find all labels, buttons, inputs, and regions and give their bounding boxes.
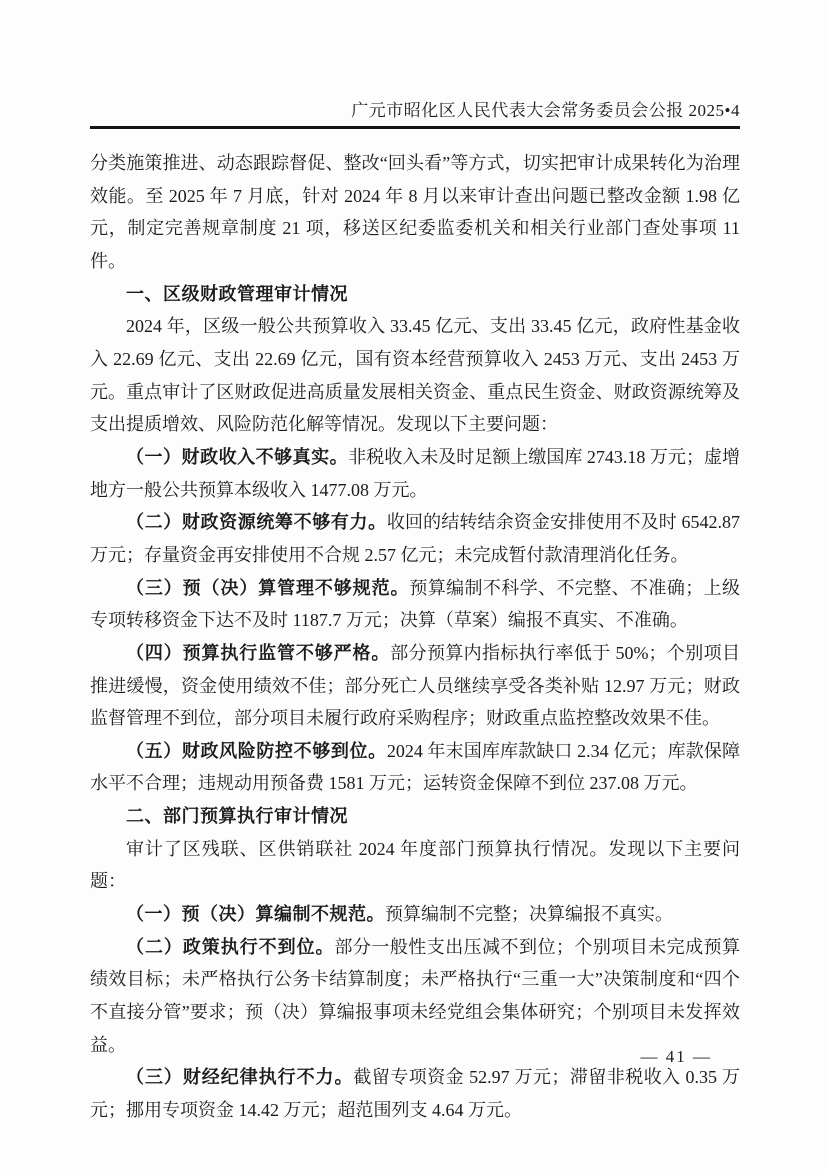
- list-item-1-4: （四）预算执行监管不够严格。部分预算内指标执行率低于 50%；个别项目推进缓慢，…: [90, 637, 740, 735]
- item-lead: （三）财经纪律执行不力。: [126, 1067, 353, 1087]
- item-lead: （四）预算执行监管不够严格。: [126, 643, 390, 663]
- paragraph: 2024 年，区级一般公共预算收入 33.45 亿元、支出 33.45 亿元，政…: [90, 310, 740, 441]
- list-item-2-1: （一）预（决）算编制不规范。预算编制不完整；决算编报不真实。: [90, 898, 740, 931]
- item-lead: （二）财政资源统筹不够有力。: [126, 512, 387, 532]
- list-item-1-3: （三）预（决）算管理不够规范。预算编制不科学、不完整、不准确；上级专项转移资金下…: [90, 572, 740, 637]
- section-heading-2: 二、部门预算执行审计情况: [90, 800, 740, 833]
- list-item-2-2: （二）政策执行不到位。部分一般性支出压减不到位；个别项目未完成预算绩效目标；未严…: [90, 931, 740, 1062]
- page-number: — 41 —: [641, 1046, 713, 1068]
- list-item-1-2: （二）财政资源统筹不够有力。收回的结转结余资金安排使用不及时 6542.87 万…: [90, 506, 740, 571]
- header-rule: [90, 126, 740, 129]
- list-item-1-5: （五）财政风险防控不够到位。2024 年末国库库款缺口 2.34 亿元；库款保障…: [90, 735, 740, 800]
- paragraph-continuation: 分类施策推进、动态跟踪督促、整改“回头看”等方式，切实把审计成果转化为治理效能。…: [90, 147, 740, 278]
- page-footer: — 41 —: [90, 1046, 740, 1068]
- item-text: 预算编制不完整；决算编报不真实。: [385, 904, 673, 924]
- item-lead: （二）政策执行不到位。: [126, 937, 334, 957]
- document-body: 分类施策推进、动态跟踪督促、整改“回头看”等方式，切实把审计成果转化为治理效能。…: [90, 147, 740, 1127]
- item-lead: （五）财政风险防控不够到位。: [126, 741, 387, 761]
- item-lead: （一）预（决）算编制不规范。: [126, 904, 385, 924]
- list-item-1-1: （一）财政收入不够真实。非税收入未及时足额上缴国库 2743.18 万元；虚增地…: [90, 441, 740, 506]
- section-heading-1: 一、区级财政管理审计情况: [90, 278, 740, 311]
- item-lead: （一）财政收入不够真实。: [126, 447, 348, 467]
- document-page: 广元市昭化区人民代表大会常务委员会公报 2025•4 分类施策推进、动态跟踪督促…: [0, 0, 827, 1170]
- page-header-title: 广元市昭化区人民代表大会常务委员会公报 2025•4: [90, 100, 740, 122]
- list-item-2-3: （三）财经纪律执行不力。截留专项资金 52.97 万元；滞留非税收入 0.35 …: [90, 1061, 740, 1126]
- item-lead: （三）预（决）算管理不够规范。: [126, 578, 409, 598]
- paragraph: 审计了区残联、区供销联社 2024 年度部门预算执行情况。发现以下主要问题：: [90, 833, 740, 898]
